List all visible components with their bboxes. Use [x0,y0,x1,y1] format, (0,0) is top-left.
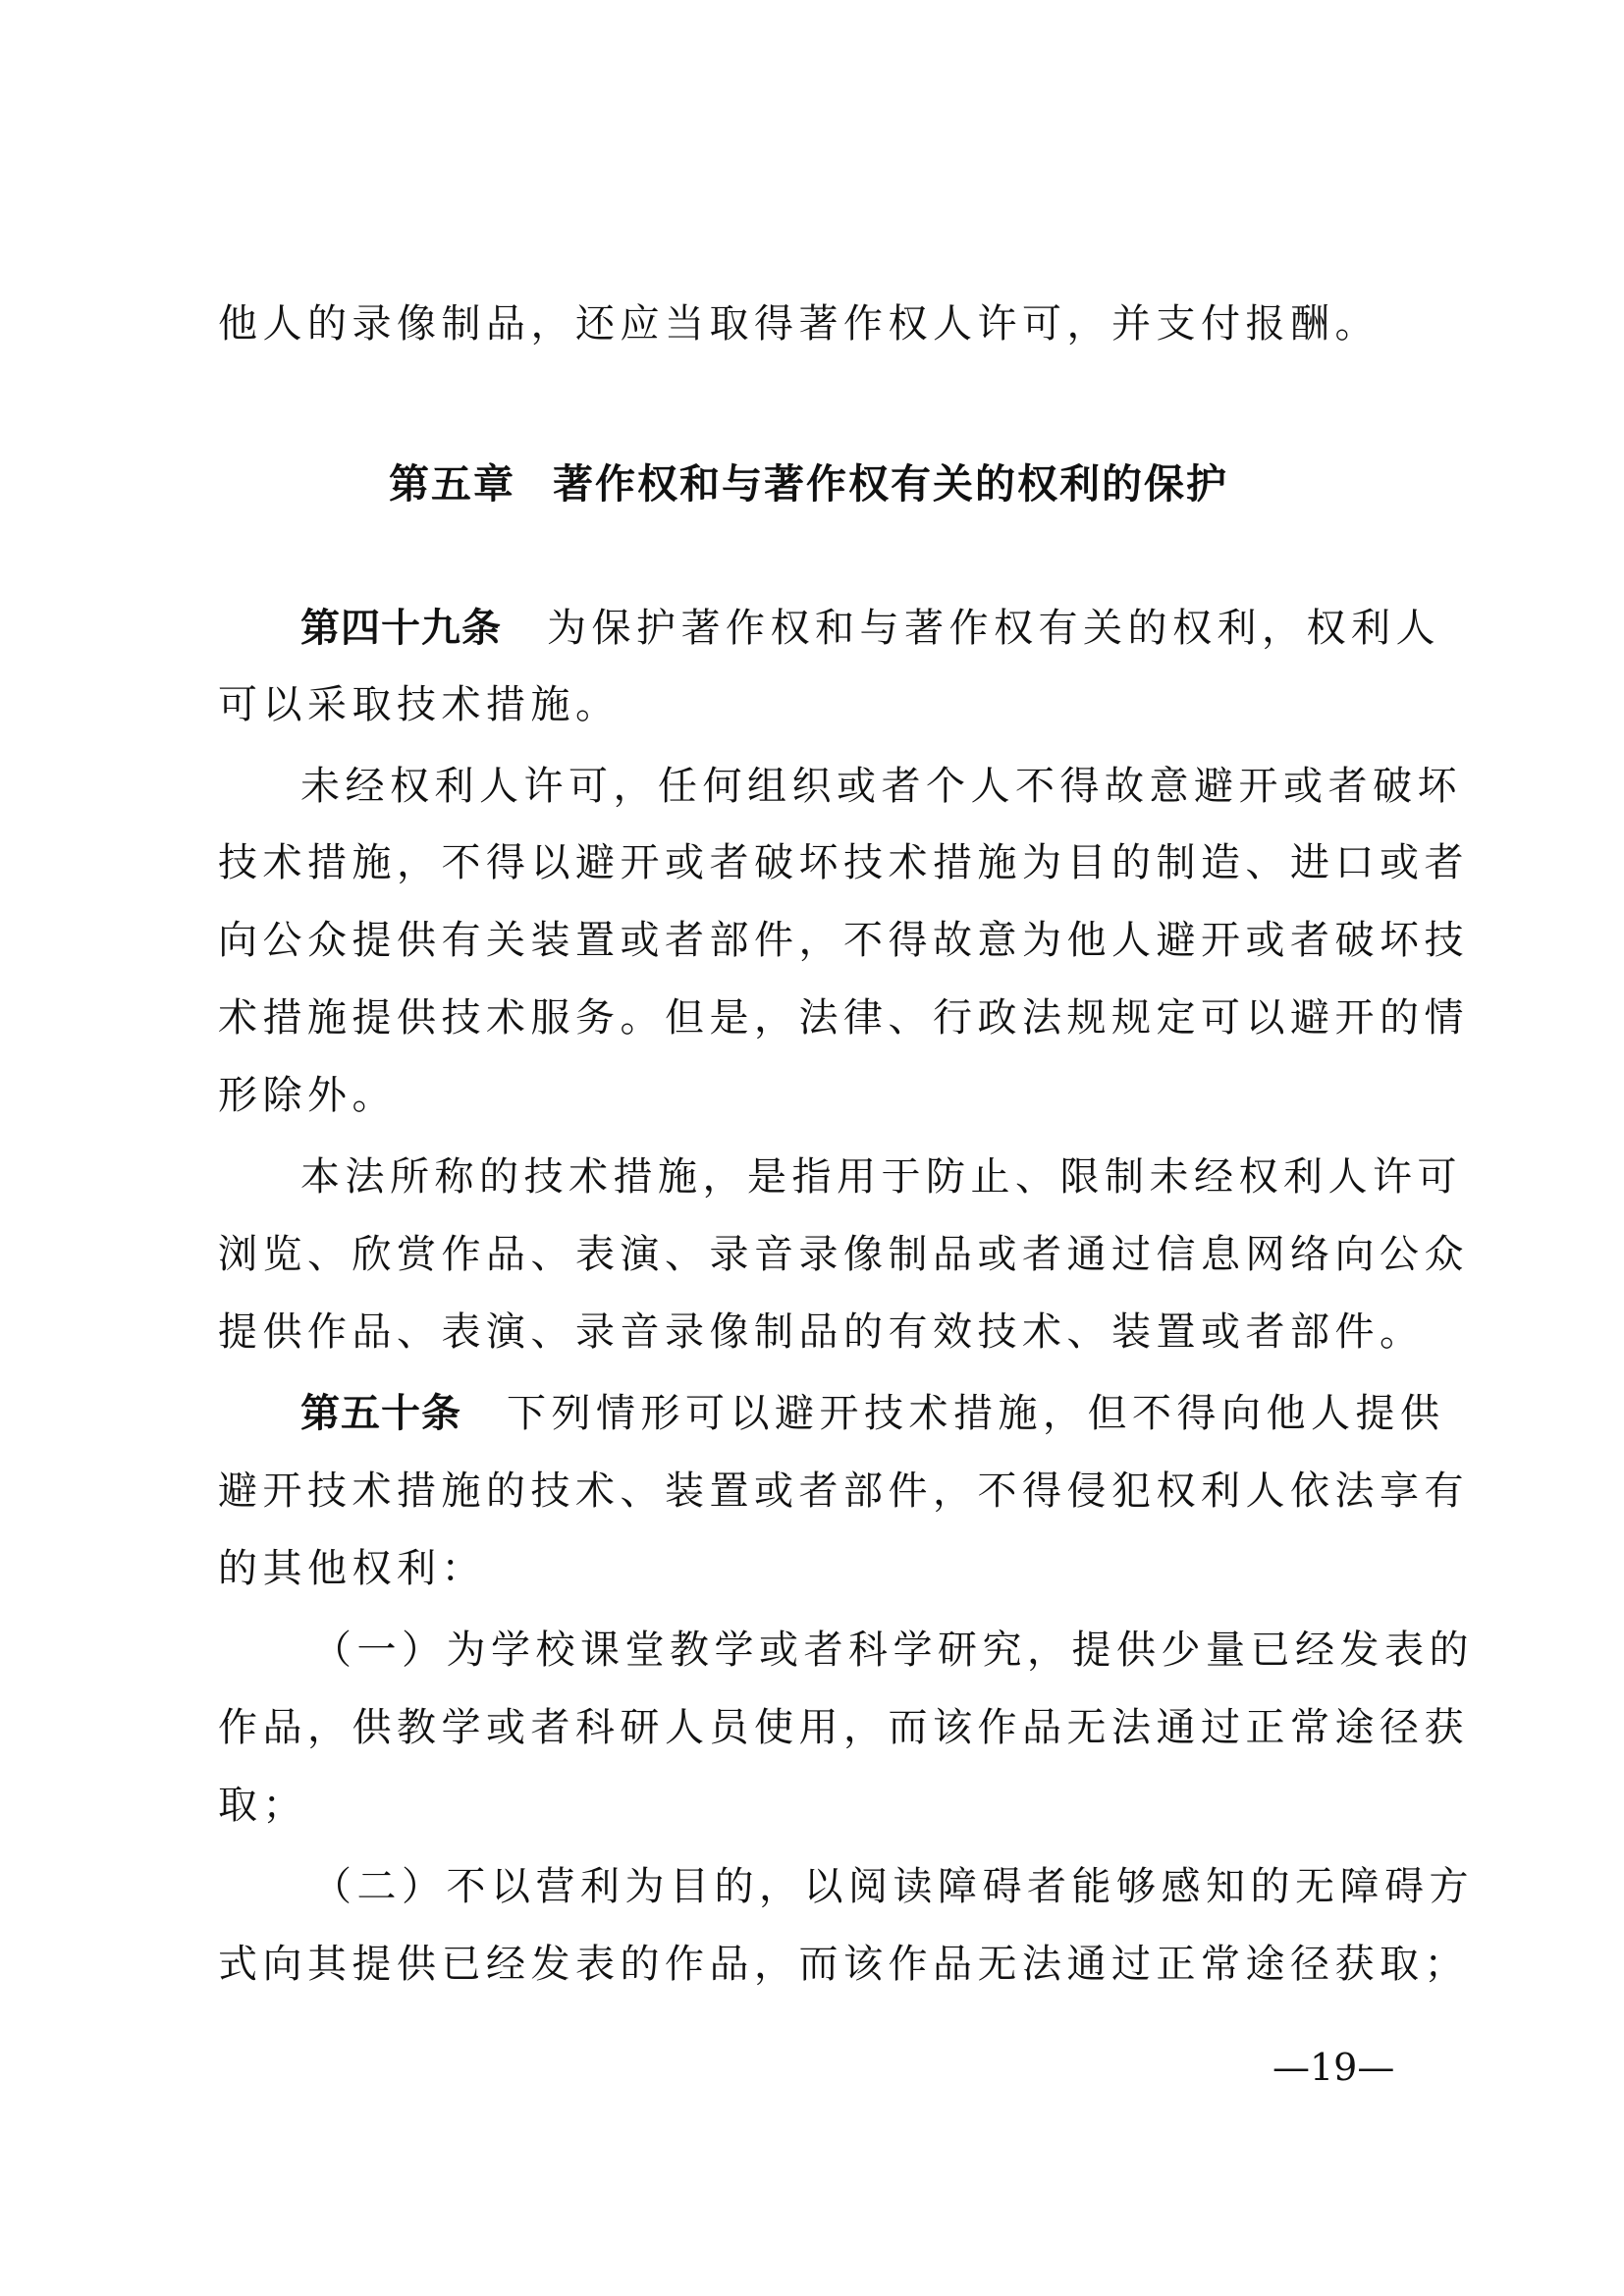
article-50-number: 第五十条 [300,1391,461,1436]
article-49-line-1: 第四十九条为保护著作权和与著作权有关的权利，权利人 [300,602,1498,655]
chapter-title: 著作权和与著作权有关的权利的保护 [553,460,1228,507]
article-50-item-2-line-1: （二）不以营利为目的，以阅读障碍者能够感知的无障碍方 [312,1860,1510,1913]
article-50-line-1: 第五十条下列情形可以避开技术措施，但不得向他人提供 [300,1387,1498,1440]
article-50-line-2: 避开技术措施的技术、装置或者部件，不得侵犯权利人依法享有 [218,1465,1416,1518]
article-50-item-1-line-2: 作品，供教学或者科研人员使用，而该作品无法通过正常途径获 [218,1701,1416,1754]
chapter-heading: 第五章著作权和与著作权有关的权利的保护 [389,457,1228,510]
page-number: —19— [1272,2046,1394,2089]
article-49-para2-line-4: 术措施提供技术服务。但是，法律、行政法规规定可以避开的情 [218,991,1416,1044]
article-49-para3-line-2: 浏览、欣赏作品、表演、录音录像制品或者通过信息网络向公众 [218,1228,1416,1281]
article-50-item-1-line-3: 取； [218,1779,1416,1832]
document-page: 他人的录像制品，还应当取得著作权人许可，并支付报酬。 第五章著作权和与著作权有关… [0,0,1624,2296]
article-49-number: 第四十九条 [300,606,502,651]
article-49-para2-line-2: 技术措施，不得以避开或者破坏技术措施为目的制造、进口或者 [218,836,1416,889]
article-49-para2-line-1: 未经权利人许可，任何组织或者个人不得故意避开或者破坏 [300,760,1498,813]
article-49-para2-line-5: 形除外。 [218,1069,1416,1122]
article-50-item-1-line-1: （一）为学校课堂教学或者科学研究，提供少量已经发表的 [312,1624,1510,1677]
continuation-text: 他人的录像制品，还应当取得著作权人许可，并支付报酬。 [218,297,1416,350]
article-49-para3-line-1: 本法所称的技术措施，是指用于防止、限制未经权利人许可 [300,1150,1498,1203]
chapter-number: 第五章 [389,460,515,507]
article-49-line-2: 可以采取技术措施。 [218,678,1416,731]
article-49-para3-line-3: 提供作品、表演、录音录像制品的有效技术、装置或者部件。 [218,1306,1416,1359]
article-50-item-2-line-2: 式向其提供已经发表的作品，而该作品无法通过正常途径获取； [218,1938,1416,1991]
article-49-para2-line-3: 向公众提供有关装置或者部件，不得故意为他人避开或者破坏技 [218,914,1416,967]
article-50-line-3: 的其他权利： [218,1542,1416,1595]
